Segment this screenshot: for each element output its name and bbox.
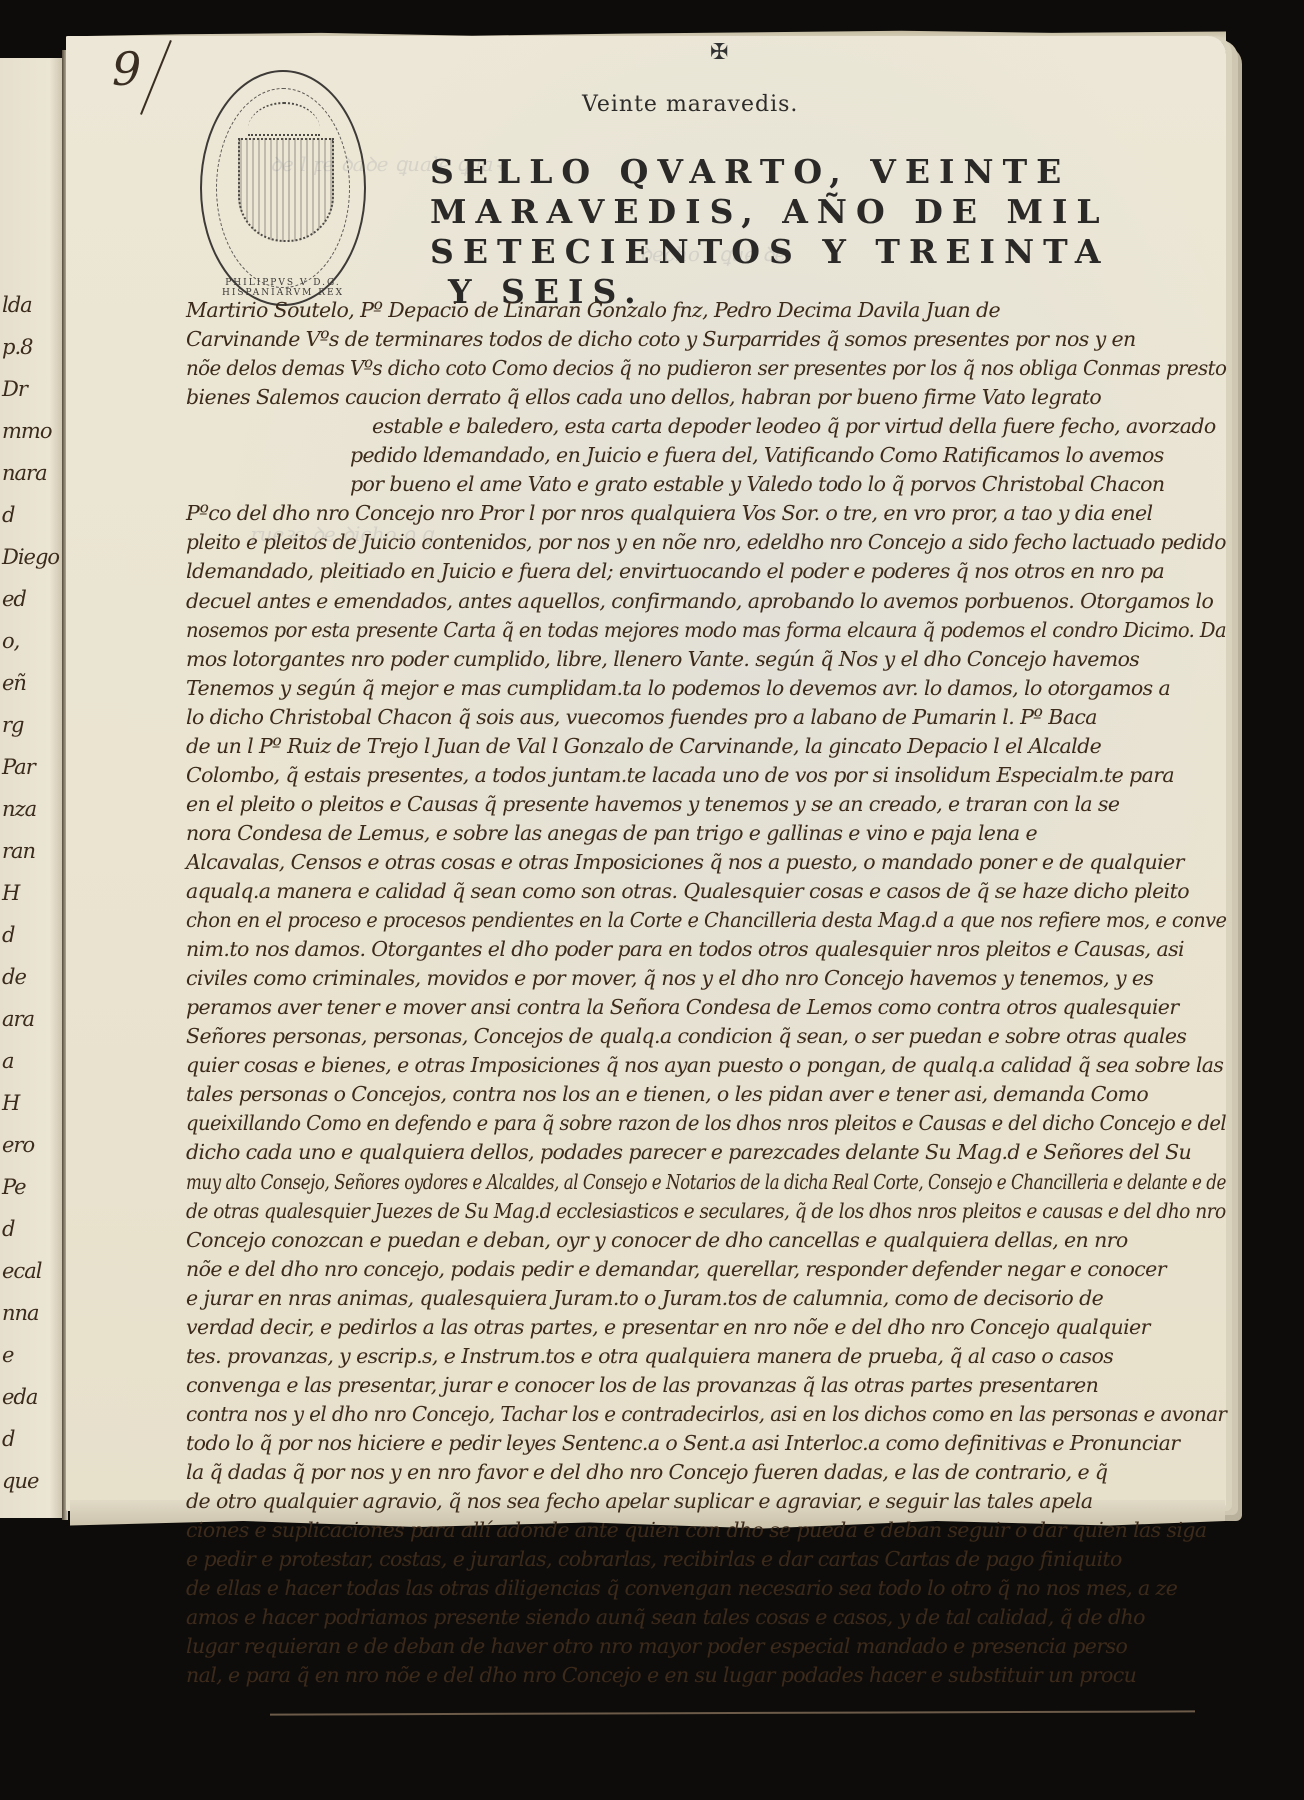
manuscript-line: tales personas o Concejos, contra nos lo… xyxy=(186,1082,1226,1106)
left-page-text-fragment: e xyxy=(2,1343,13,1367)
manuscript-line: bienes Salemos caucion derrato q̃ ellos … xyxy=(186,385,1226,409)
manuscript-line: quier cosas e bienes, e otras Imposicion… xyxy=(186,1053,1226,1077)
left-page-text-fragment: H xyxy=(2,1091,19,1115)
manuscript-line: Colombo, q̃ estais presentes, a todos ju… xyxy=(186,763,1226,787)
manuscript-line: muy alto Consejo, Señores oydores e Alca… xyxy=(186,1170,1035,1194)
left-page-text-fragment: d xyxy=(2,1217,14,1241)
manuscript-line: aqualq.a manera e calidad q̃ sean como s… xyxy=(186,879,1226,903)
manuscript-line: queixillando Como en defendo e para q̃ s… xyxy=(186,1111,1178,1135)
left-page-text-fragment: Par xyxy=(2,755,35,779)
manuscript-line: decuel antes e emendados, antes aquellos… xyxy=(186,589,1226,613)
manuscript-line: amos e hacer podriamos presente siendo a… xyxy=(186,1605,1226,1629)
left-page-text-fragment: ero xyxy=(2,1133,34,1157)
left-page-text-fragment: o, xyxy=(2,629,19,653)
manuscript-line: por bueno el ame Vato e grato estable y … xyxy=(350,472,1226,496)
left-page-text-fragment: ara xyxy=(2,1007,34,1031)
manuscript-line: pedido ldemandado, en Juicio e fuera del… xyxy=(350,443,1226,467)
manuscript-line: la q̃ dadas q̃ por nos y en nro favor e … xyxy=(186,1460,1226,1484)
manuscript-line: lugar requieran e de deban de haver otro… xyxy=(186,1634,1226,1658)
manuscript-line: chon en el proceso e procesos pendientes… xyxy=(186,908,1169,932)
left-page-text-fragment: eñ xyxy=(2,671,26,695)
left-page-text-fragment: mmo xyxy=(2,419,51,443)
manuscript-line: pleito e pleitos de Juicio contenidos, p… xyxy=(186,530,1203,554)
left-page-text-fragment: Pe xyxy=(2,1175,26,1199)
left-page-text-fragment: nna xyxy=(2,1301,39,1325)
manuscript-line: lo dicho Christobal Chacon q̃ sois aus, … xyxy=(186,705,1226,729)
left-page-text-fragment: nara xyxy=(2,461,47,485)
manuscript-line: peramos aver tener e mover ansi contra l… xyxy=(186,995,1226,1019)
manuscript-line: Martirio Soutelo, Pº Depacio de Linaran … xyxy=(186,298,1226,322)
left-page-text-fragment: lda xyxy=(2,293,32,317)
left-page-text-fragment: Dr xyxy=(2,377,27,401)
manuscript-line: de otras qualesquier Juezes de Su Mag.d … xyxy=(186,1199,1130,1223)
manuscript-line: civiles como criminales, movidos e por m… xyxy=(186,966,1226,990)
left-page-text-fragment: e xyxy=(2,1511,13,1518)
left-page-text-fragment: d xyxy=(2,1427,14,1451)
coat-of-arms-icon xyxy=(238,138,334,242)
left-page-text-fragment: ed xyxy=(2,587,26,611)
manuscript-line: de otro qualquier agravio, q̃ nos sea fe… xyxy=(186,1489,1226,1513)
stamp-line-2: MARAVEDIS, AÑO DE MIL xyxy=(430,192,1109,231)
manuscript-line: Carvinande Vºs de terminares todos de di… xyxy=(186,327,1226,351)
left-page-text-fragment: que xyxy=(2,1469,38,1493)
left-page-text-fragment: eda xyxy=(2,1385,37,1409)
manuscript-line: estable e baledero, esta carta depoder l… xyxy=(372,414,1226,438)
manuscript-line: Tenemos y según q̃ mejor e mas cumplidam… xyxy=(186,676,1226,700)
royal-seal-stamp: PHILIPPVS V D.G. HISPANIARVM REX xyxy=(200,70,366,306)
manuscript-line: todo lo q̃ por nos hiciere e pedir leyes… xyxy=(186,1431,1226,1455)
left-page-text-fragment: p.8 xyxy=(2,335,32,359)
manuscript-line: de un l Pº Ruiz de Trejo l Juan de Val l… xyxy=(186,734,1226,758)
stamp-price: Veinte maravedis. xyxy=(582,92,798,117)
manuscript-line: nõe e del dho nro concejo, podais pedir … xyxy=(186,1257,1226,1281)
manuscript-line: nõe delos demas Vºs dicho coto Como deci… xyxy=(186,356,1191,380)
manuscript-line: ciones e suplicaciones para allí adonde … xyxy=(186,1518,1226,1542)
left-page-text-fragment: H xyxy=(2,881,19,905)
manuscript-line: tes. provanzas, y escrip.s, e Instrum.to… xyxy=(186,1344,1226,1368)
manuscript-line: nora Condesa de Lemus, e sobre las anega… xyxy=(186,821,1226,845)
left-page-text-fragment: d xyxy=(2,503,14,527)
manuscript-line: ldemandado, pleitiado en Juicio e fuera … xyxy=(186,559,1226,583)
manuscript-line: nim.to nos damos. Otorgantes el dho pode… xyxy=(186,937,1226,961)
manuscript-line: e pedir e protestar, costas, e jurarlas,… xyxy=(186,1547,1226,1571)
manuscript-line: dicho cada uno e qualquiera dellos, poda… xyxy=(186,1140,1226,1164)
manuscript-line: verdad decir, e pedirlos a las otras par… xyxy=(186,1315,1226,1339)
manuscript-line: e jurar en nras animas, qualesquiera Jur… xyxy=(186,1286,1226,1310)
manuscript-line: contra nos y el dho nro Concejo, Tachar … xyxy=(186,1402,1197,1426)
manuscript-line: mos lotorgantes nro poder cumplido, libr… xyxy=(186,647,1226,671)
stamp-line-3: SETECIENTOS Y TREINTA xyxy=(430,232,1109,271)
cross-icon: ✠ xyxy=(710,40,728,65)
left-page-text-fragment: rg xyxy=(2,713,23,737)
left-page-text-fragment: Diego xyxy=(2,545,59,569)
manuscript-line: Pºco del dho nro Concejo nro Pror l por … xyxy=(186,501,1226,525)
left-page-text-fragment: nza xyxy=(2,797,36,821)
closing-rule-line xyxy=(270,1710,1195,1715)
manuscript-line: nal, e para q̃ en nro nõe e del dho nro … xyxy=(186,1663,1226,1687)
manuscript-line: en el pleito o pleitos e Causas q̃ prese… xyxy=(186,792,1226,816)
manuscript-line: de ellas e hacer todas las otras diligen… xyxy=(186,1576,1226,1600)
left-page-text-fragment: a xyxy=(2,1049,14,1073)
seal-legend: PHILIPPVS V D.G. HISPANIARVM REX xyxy=(202,278,364,298)
manuscript-line: Señores personas, personas, Concejos de … xyxy=(186,1024,1226,1048)
left-page-text-fragment: d xyxy=(2,923,14,947)
left-page-text-fragment: ecal xyxy=(2,1259,41,1283)
left-page-text-fragment: ran xyxy=(2,839,35,863)
stamp-line-1: SELLO QVARTO, VEINTE xyxy=(430,152,1070,191)
manuscript-line: convenga e las presentar, jurar e conoce… xyxy=(186,1373,1226,1397)
manuscript-line: nosemos por esta presente Carta q̃ en to… xyxy=(186,618,1175,642)
left-page-fragment: ldap.8DrmmonaradDiegoedo,eñrgParnzaranHd… xyxy=(0,58,64,1518)
manuscript-line: Alcavalas, Censos e otras cosas e otras … xyxy=(186,850,1226,874)
folio-number: 9 xyxy=(112,42,141,96)
manuscript-line: Concejo conozcan e puedan e deban, oyr y… xyxy=(186,1228,1226,1252)
left-page-text-fragment: de xyxy=(2,965,26,989)
